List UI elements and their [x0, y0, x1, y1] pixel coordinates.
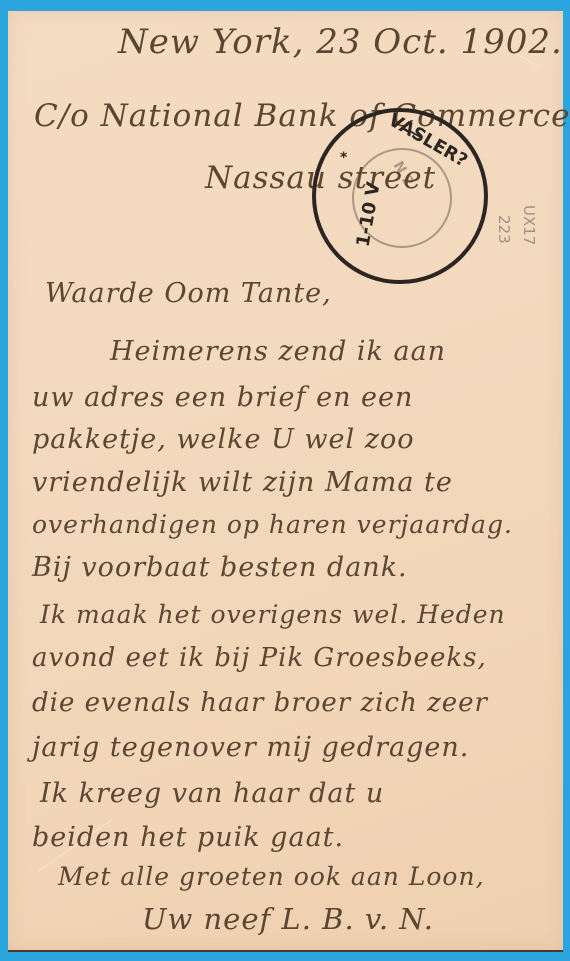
- letter-line: pakketje, welke U wel zoo: [32, 424, 414, 455]
- letter-line: jarig tegenover mij gedragen.: [32, 732, 469, 763]
- postmark-star-icon: *: [340, 150, 347, 166]
- letter-line: Bij voorbaat besten dank.: [32, 552, 408, 583]
- postmark: VAS̶LER? 1-10 V * N 2: [312, 108, 488, 284]
- letter-line: Ik maak het overigens wel. Heden: [40, 600, 506, 629]
- dateline: New York, 23 Oct. 1902.: [118, 22, 563, 62]
- letter-line: vriendelijk wilt zijn Mama te: [32, 467, 453, 498]
- letter-line: overhandigen op haren verjaardag.: [32, 510, 513, 539]
- letter-line: avond eet ik bij Pik Groesbeeks,: [32, 643, 487, 673]
- address-line-1: C/o National Bank of Commerce: [34, 98, 570, 134]
- letter-line: Met alle groeten ook aan Loon,: [58, 862, 485, 891]
- letter-line: uw adres een brief en een: [32, 382, 413, 413]
- pencil-note-1: UX17: [520, 205, 538, 245]
- salutation: Waarde Oom Tante,: [45, 278, 332, 309]
- letter-line: beiden het puik gaat.: [32, 822, 344, 853]
- letter-line: Heimerens zend ik aan: [110, 336, 446, 367]
- letter-line: Ik kreeg van haar dat u: [40, 778, 384, 809]
- signature: Uw neef L. B. v. N.: [142, 902, 434, 936]
- pencil-note-2: 223: [495, 215, 513, 244]
- letter-line: die evenals haar broer zich zeer: [32, 688, 488, 718]
